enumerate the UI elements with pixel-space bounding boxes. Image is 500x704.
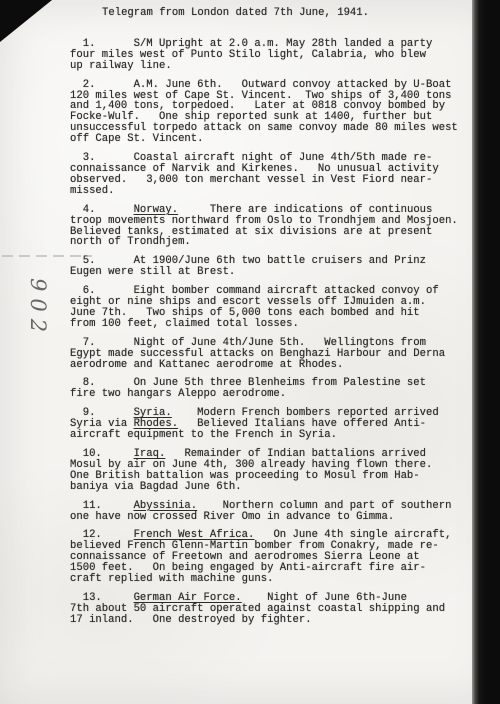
text-line: from 100 feet, claimed total losses. bbox=[70, 319, 470, 330]
text-line: 17 inland. One destroyed by fighter. bbox=[70, 615, 470, 626]
paragraph: 8. On June 5th three Blenheims from Pale… bbox=[70, 378, 470, 400]
paragraph: 6. Eight bomber command aircraft attacke… bbox=[70, 286, 470, 330]
text-line: off Cape St. Vincent. bbox=[70, 134, 470, 145]
paragraph: 12. French West Africa. On June 4th sing… bbox=[70, 530, 470, 585]
paragraph-list: 1. S/M Upright at 2.0 a.m. May 28th land… bbox=[70, 39, 470, 626]
text-line: troop movements northward from Oslo to T… bbox=[70, 216, 470, 227]
paragraph: 1. S/M Upright at 2.0 a.m. May 28th land… bbox=[70, 39, 470, 72]
text-line: fire two hangars Aleppo aerodrome. bbox=[70, 389, 470, 400]
text-line: aircraft equipment to the French in Syri… bbox=[70, 430, 470, 441]
paragraph: 5. At 1900/June 6th two battle cruisers … bbox=[70, 256, 470, 278]
text-line: aerodrome and Kattanec aerodrome at Rhod… bbox=[70, 360, 470, 371]
text-line: missed. bbox=[70, 186, 470, 197]
document-title: Telegram from London dated 7th June, 194… bbox=[70, 8, 470, 19]
pencil-dash-marks bbox=[2, 255, 92, 257]
scan-binding-edge bbox=[472, 0, 500, 704]
text-line: 4. Norway. There are indications of cont… bbox=[70, 205, 470, 216]
paragraph: 2. A.M. June 6th. Outward convoy attacke… bbox=[70, 80, 470, 145]
paragraph: 13. German Air Force. Night of June 6th-… bbox=[70, 593, 470, 626]
paragraph: 10. Iraq. Remainder of Indian battalions… bbox=[70, 449, 470, 493]
text-line: craft replied with machine guns. bbox=[70, 574, 470, 585]
paragraph: 7. Night of June 4th/June 5th. Wellingto… bbox=[70, 338, 470, 371]
text-line: Eugen were still at Brest. bbox=[70, 267, 470, 278]
typewritten-text-block: Telegram from London dated 7th June, 194… bbox=[0, 8, 470, 634]
paragraph: 11. Abyssinia. Northern column and part … bbox=[70, 501, 470, 523]
text-line: 2. A.M. June 6th. Outward convoy attacke… bbox=[70, 80, 470, 91]
text-line: Egypt made successful attacks on Benghaz… bbox=[70, 349, 470, 360]
text-line: up railway line. bbox=[70, 61, 470, 72]
text-line: baniya via Bagdad June 6th. bbox=[70, 482, 470, 493]
scanned-document-page: Telegram from London dated 7th June, 194… bbox=[0, 0, 500, 704]
text-line: observed. 3,000 ton merchant vessel in V… bbox=[70, 175, 470, 186]
text-line: 11. Abyssinia. Northern column and part … bbox=[70, 501, 470, 512]
paragraph: 3. Coastal aircraft night of June 4th/5t… bbox=[70, 153, 470, 197]
handwritten-margin-number: 902 bbox=[26, 278, 50, 339]
paragraph: 9. Syria. Modern French bombers reported… bbox=[70, 408, 470, 441]
text-line: one have now crossed River Omo in advanc… bbox=[70, 512, 470, 523]
paragraph: 4. Norway. There are indications of cont… bbox=[70, 205, 470, 249]
text-line: north of Trondhjem. bbox=[70, 237, 470, 248]
